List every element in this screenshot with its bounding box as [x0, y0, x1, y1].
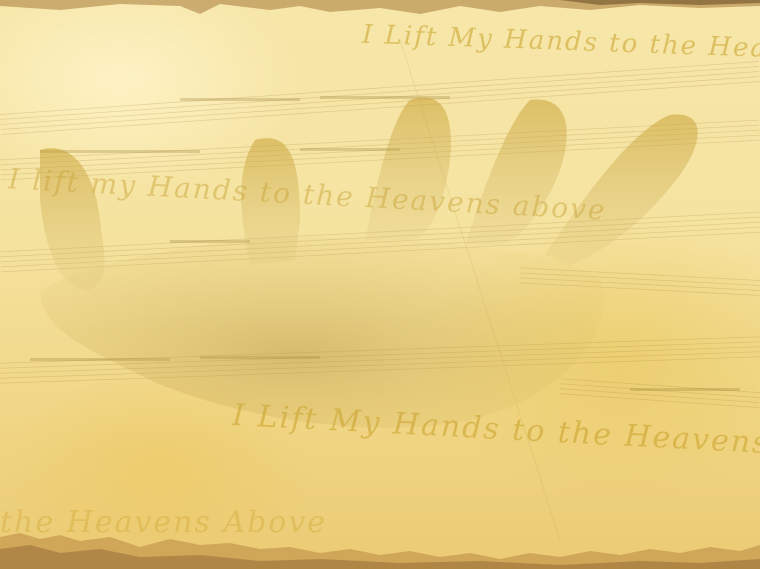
torn-top-edge [0, 0, 760, 20]
torn-bottom-edge [0, 509, 760, 569]
artwork-canvas: I Lift My Hands to the Heavens I lift my… [0, 0, 760, 569]
hand-silhouette [0, 0, 760, 569]
